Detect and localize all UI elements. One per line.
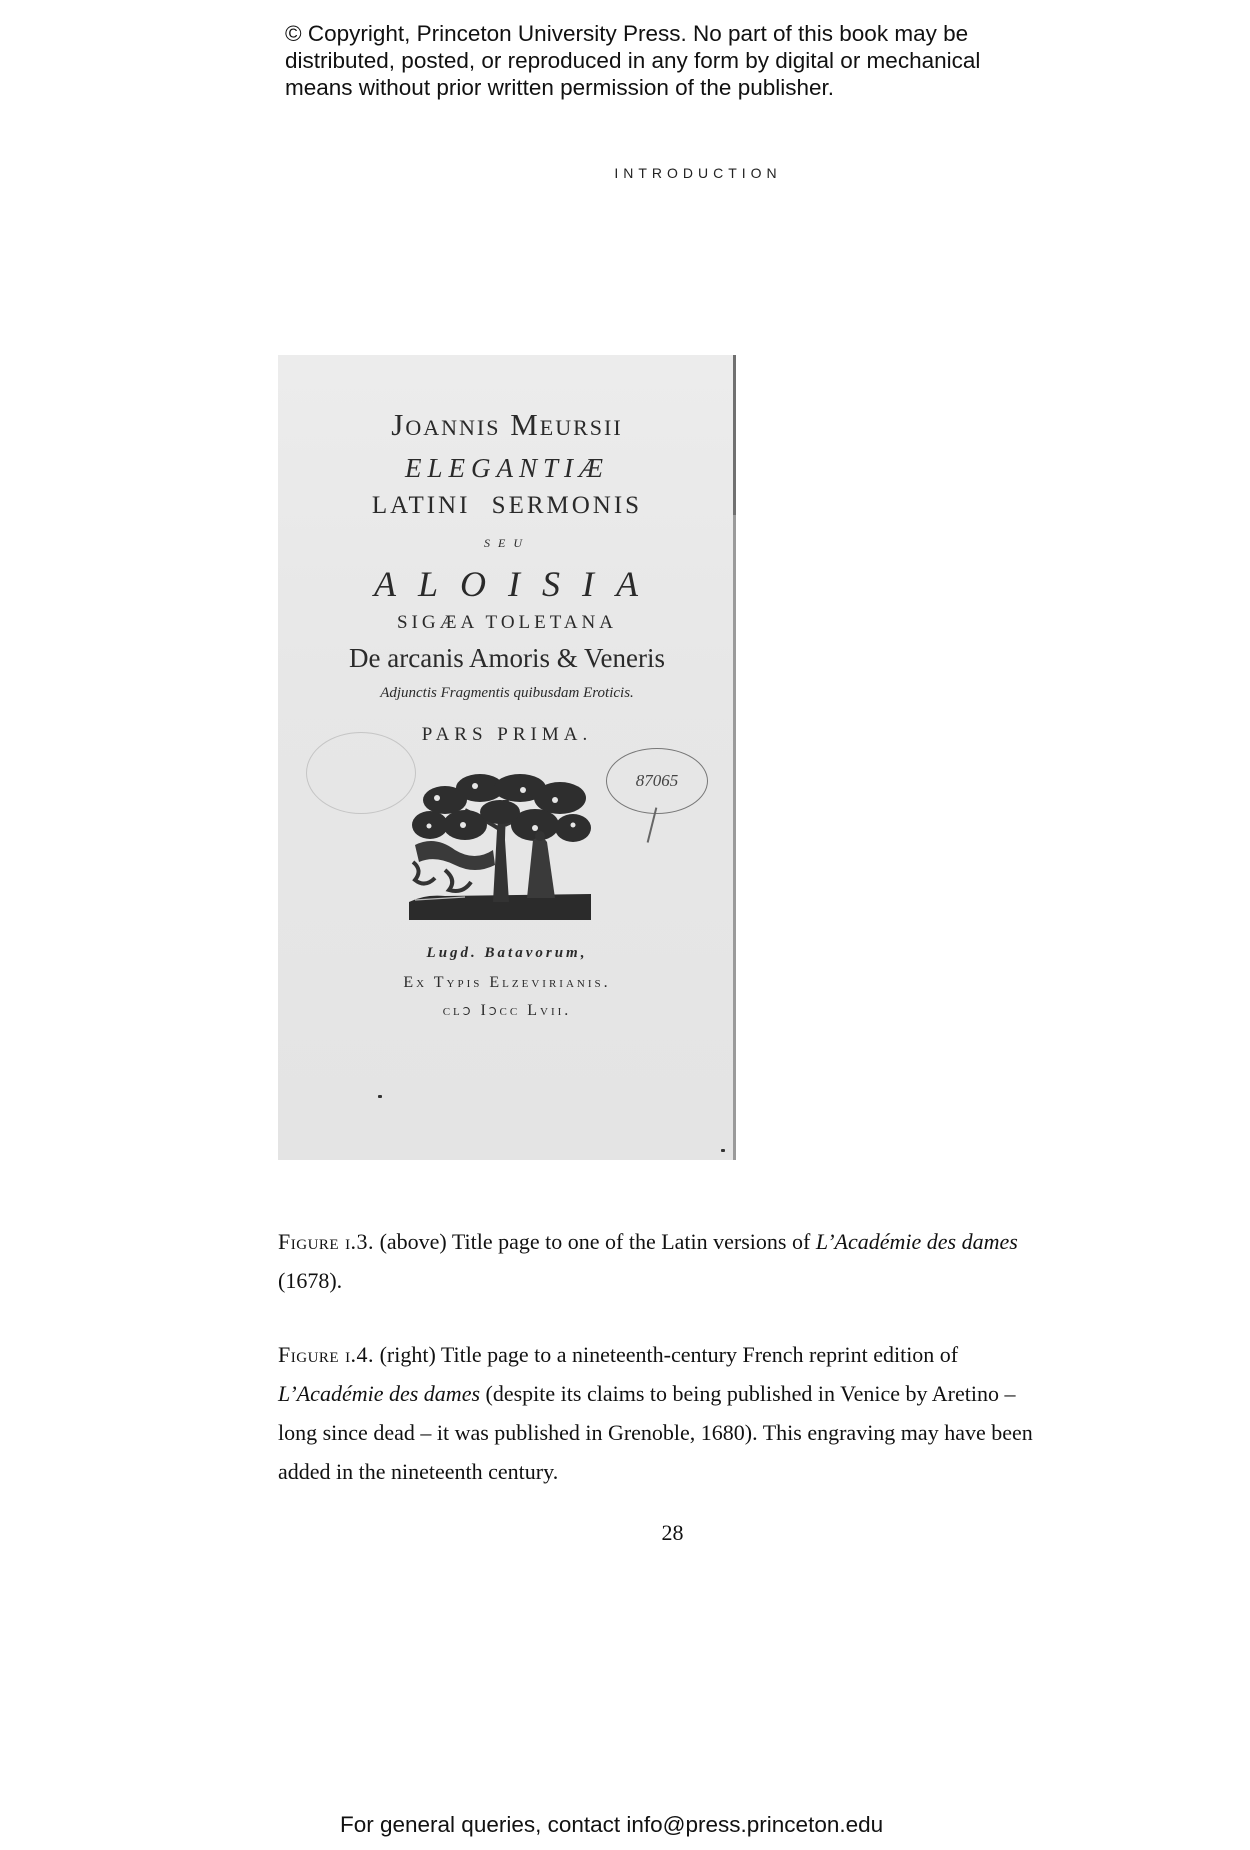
scan-speck (721, 1149, 725, 1152)
copyright-notice: © Copyright, Princeton University Press.… (285, 20, 1005, 101)
figure-label: Figure i.4. (278, 1342, 374, 1367)
title-line-author: Joannis Meursii (278, 407, 736, 443)
tree-woodcut-icon (405, 770, 593, 922)
caption-text: (above) Title page to one of the Latin v… (374, 1229, 816, 1254)
page-number: 28 (0, 1520, 1250, 1546)
imprint-place: Lugd. Batavorum, (278, 945, 736, 962)
title-line-latini-sermonis: LATINI SERMONIS (278, 492, 736, 520)
figure-label: Figure i.3. (278, 1229, 374, 1254)
caption-italic-title: L’Académie des dames (278, 1381, 480, 1406)
title-line-elegantiae: ELEGANTIÆ (278, 453, 736, 484)
caption-text: (right) Title page to a nineteenth-centu… (374, 1342, 958, 1367)
title-line-adjunctis: Adjunctis Fragmentis quibusdam Eroticis. (278, 685, 736, 702)
library-stamp-left-icon (306, 732, 416, 814)
title-line-de-arcanis: De arcanis Amoris & Veneris (278, 643, 736, 674)
figure-caption-1-3: Figure i.3. (above) Title page to one of… (278, 1222, 1038, 1300)
figure-title-page-scan: Joannis Meursii ELEGANTIÆ LATINI SERMONI… (278, 355, 736, 1160)
imprint-printer: Ex Typis Elzevirianis. (278, 974, 736, 992)
stamp-number: 87065 (636, 771, 679, 790)
title-line-seu: SEU (278, 536, 736, 551)
footer-contact: For general queries, contact info@press.… (340, 1812, 883, 1838)
imprint-date: clↄ Iↄcc Lvii. (278, 1002, 736, 1020)
library-stamp-right-icon: 87065 (606, 748, 708, 814)
scan-speck (378, 1095, 382, 1098)
title-line-sigaea-toletana: SIGÆA TOLETANA (278, 612, 736, 634)
caption-italic-title: L’Académie des dames (816, 1229, 1018, 1254)
title-line-aloisia: ALOISIA (278, 563, 736, 605)
caption-text: (1678). (278, 1268, 342, 1293)
running-head-text: INTRODUCTION (614, 165, 781, 181)
figure-caption-1-4: Figure i.4. (right) Title page to a nine… (278, 1335, 1038, 1491)
running-head: INTRODUCTION (0, 165, 1250, 181)
